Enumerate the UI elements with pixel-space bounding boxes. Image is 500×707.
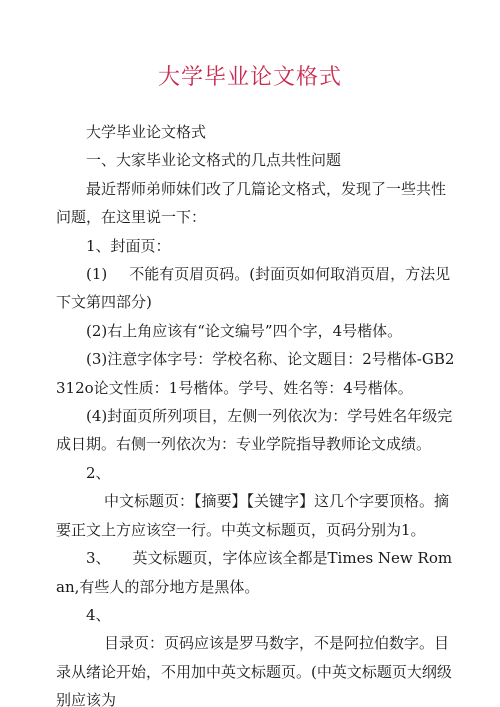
paragraph-cover-item-3: (3)注意字体字号：学校名称、论文题目：2号楷体-GB2312o论文性质：1号楷…: [56, 345, 456, 402]
item-text: 英文标题页，字体应该全都是Times New Roman,有些人的部分地方是黑体…: [56, 549, 452, 595]
paragraph-cover-item-2: (2)右上角应该有“论文编号”四个字，4号楷体。: [56, 317, 456, 345]
paragraph-cover-page-heading: 1、封面页：: [56, 232, 456, 260]
paragraph-cover-item-4: (4)封面页所列项目，左侧一列依次为：学号姓名年级完成日期。右侧一列依次为：专业…: [56, 402, 456, 459]
document-page: 大学毕业论文格式 大学毕业论文格式 一、大家毕业论文格式的几点共性问题 最近帮师…: [0, 0, 500, 707]
item-number: 3、: [86, 549, 111, 567]
paragraph-number-4: 4、: [56, 601, 456, 629]
paragraph-number-2: 2、: [56, 459, 456, 487]
paragraph-english-title-page: 3、英文标题页，字体应该全都是Times New Roman,有些人的部分地方是…: [56, 544, 456, 601]
document-body: 大学毕业论文格式 一、大家毕业论文格式的几点共性问题 最近帮师弟师妹们改了几篇论…: [56, 118, 456, 707]
paragraph-toc-page: 目录页：页码应该是罗马数字，不是阿拉伯数字。目录从绪论开始，不用加中英文标题页。…: [56, 629, 456, 707]
item-number: (1): [86, 265, 107, 283]
paragraph-chinese-title-page: 中文标题页：【摘要】【关键字】这几个字要顶格。摘要正文上方应该空一行。中英文标题…: [56, 487, 456, 544]
document-title: 大学毕业论文格式: [0, 60, 500, 91]
paragraph-subtitle: 大学毕业论文格式: [56, 118, 456, 146]
paragraph-section-heading: 一、大家毕业论文格式的几点共性问题: [56, 146, 456, 174]
paragraph-cover-item-1: (1)不能有页眉页码。(封面页如何取消页眉，方法见下文第四部分): [56, 260, 456, 317]
item-text: 不能有页眉页码。(封面页如何取消页眉，方法见下文第四部分): [56, 265, 450, 311]
paragraph-intro: 最近帮师弟师妹们改了几篇论文格式，发现了一些共性问题，在这里说一下：: [56, 175, 456, 232]
